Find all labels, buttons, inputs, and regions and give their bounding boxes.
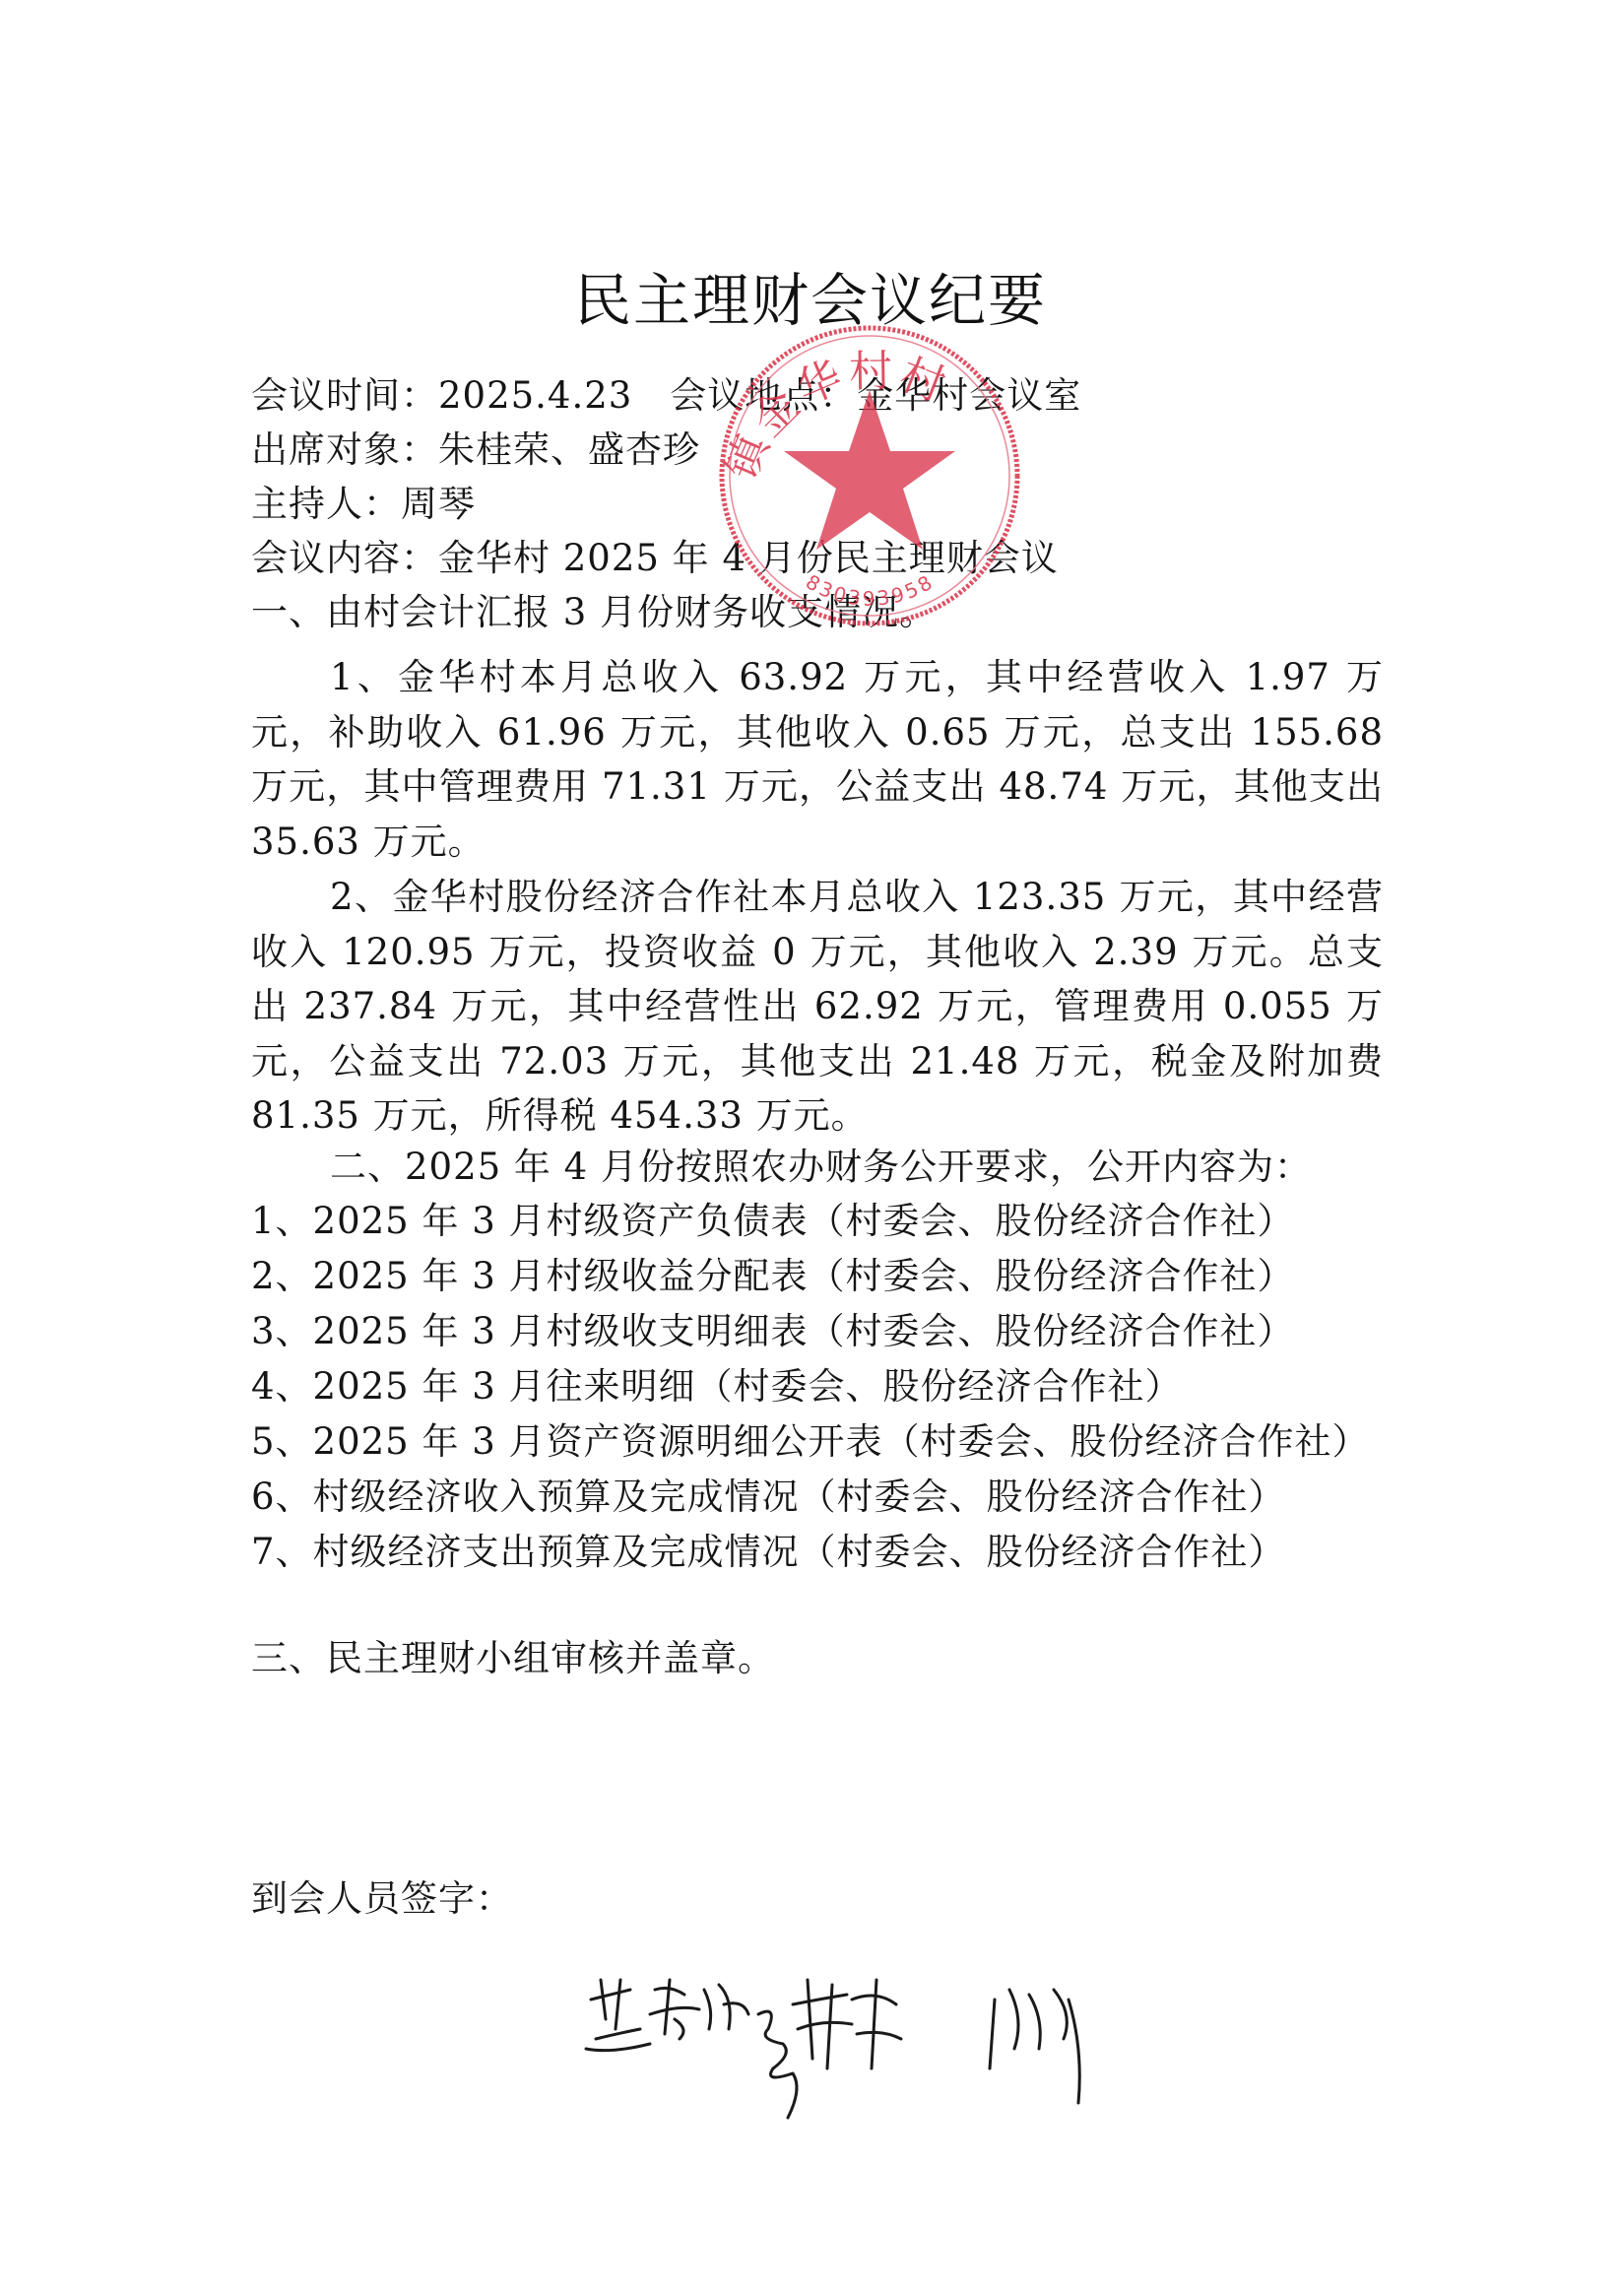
section2-item-5: 5、2025 年 3 月资产资源明细公开表（村委会、股份经济合作社） — [251, 1420, 1370, 1464]
document-page: 民主理财会议纪要 会议时间：2025.4.23 会议地点：金华村会议室 出席对象… — [0, 0, 1621, 2296]
section2-item-3: 3、2025 年 3 月村级收支明细表（村委会、股份经济合作社） — [251, 1310, 1295, 1353]
section2-item-2: 2、2025 年 3 月村级收益分配表（村委会、股份经济合作社） — [251, 1255, 1295, 1298]
signature-label: 到会人员签字： — [251, 1877, 513, 1921]
section1-item2: 2、金华村股份经济合作社本月总收入 123.35 万元，其中经营收入 120.9… — [251, 870, 1384, 1144]
meeting-content: 会议内容：金华村 2025 年 4 月份民主理财会议 — [251, 537, 1059, 580]
meeting-attendees: 出席对象：朱桂荣、盛杏珍 — [251, 428, 700, 472]
official-seal-stamp: 镇金华村村 830393958 — [707, 313, 1032, 638]
signature-1 — [586, 1980, 650, 2051]
handwritten-signatures — [581, 1960, 1192, 2147]
meeting-host: 主持人：周琴 — [251, 483, 476, 526]
section2-item-4: 4、2025 年 3 月往来明细（村委会、股份经济合作社） — [251, 1365, 1183, 1409]
document-title: 民主理财会议纪要 — [0, 254, 1621, 337]
section2-item-7: 7、村级经济支出预算及完成情况（村委会、股份经济合作社） — [251, 1531, 1286, 1574]
section2-item-1: 1、2025 年 3 月村级资产负债表（村委会、股份经济合作社） — [251, 1200, 1295, 1243]
section2-item-6: 6、村级经济收入预算及完成情况（村委会、股份经济合作社） — [251, 1476, 1286, 1519]
section1-heading: 一、由村会计汇报 3 月份财务收支情况。 — [251, 591, 937, 634]
signature-3 — [990, 1990, 1079, 2103]
meeting-time-location: 会议时间：2025.4.23 会议地点：金华村会议室 — [251, 374, 1081, 418]
signature-2 — [793, 1980, 852, 2068]
section2-heading: 二、2025 年 4 月份按照农办财务公开要求，公开内容为： — [330, 1146, 1312, 1189]
section1-item1: 1、金华村本月总收入 63.92 万元，其中经营收入 1.97 万元，补助收入 … — [251, 650, 1384, 869]
section3-heading: 三、民主理财小组审核并盖章。 — [251, 1637, 775, 1680]
